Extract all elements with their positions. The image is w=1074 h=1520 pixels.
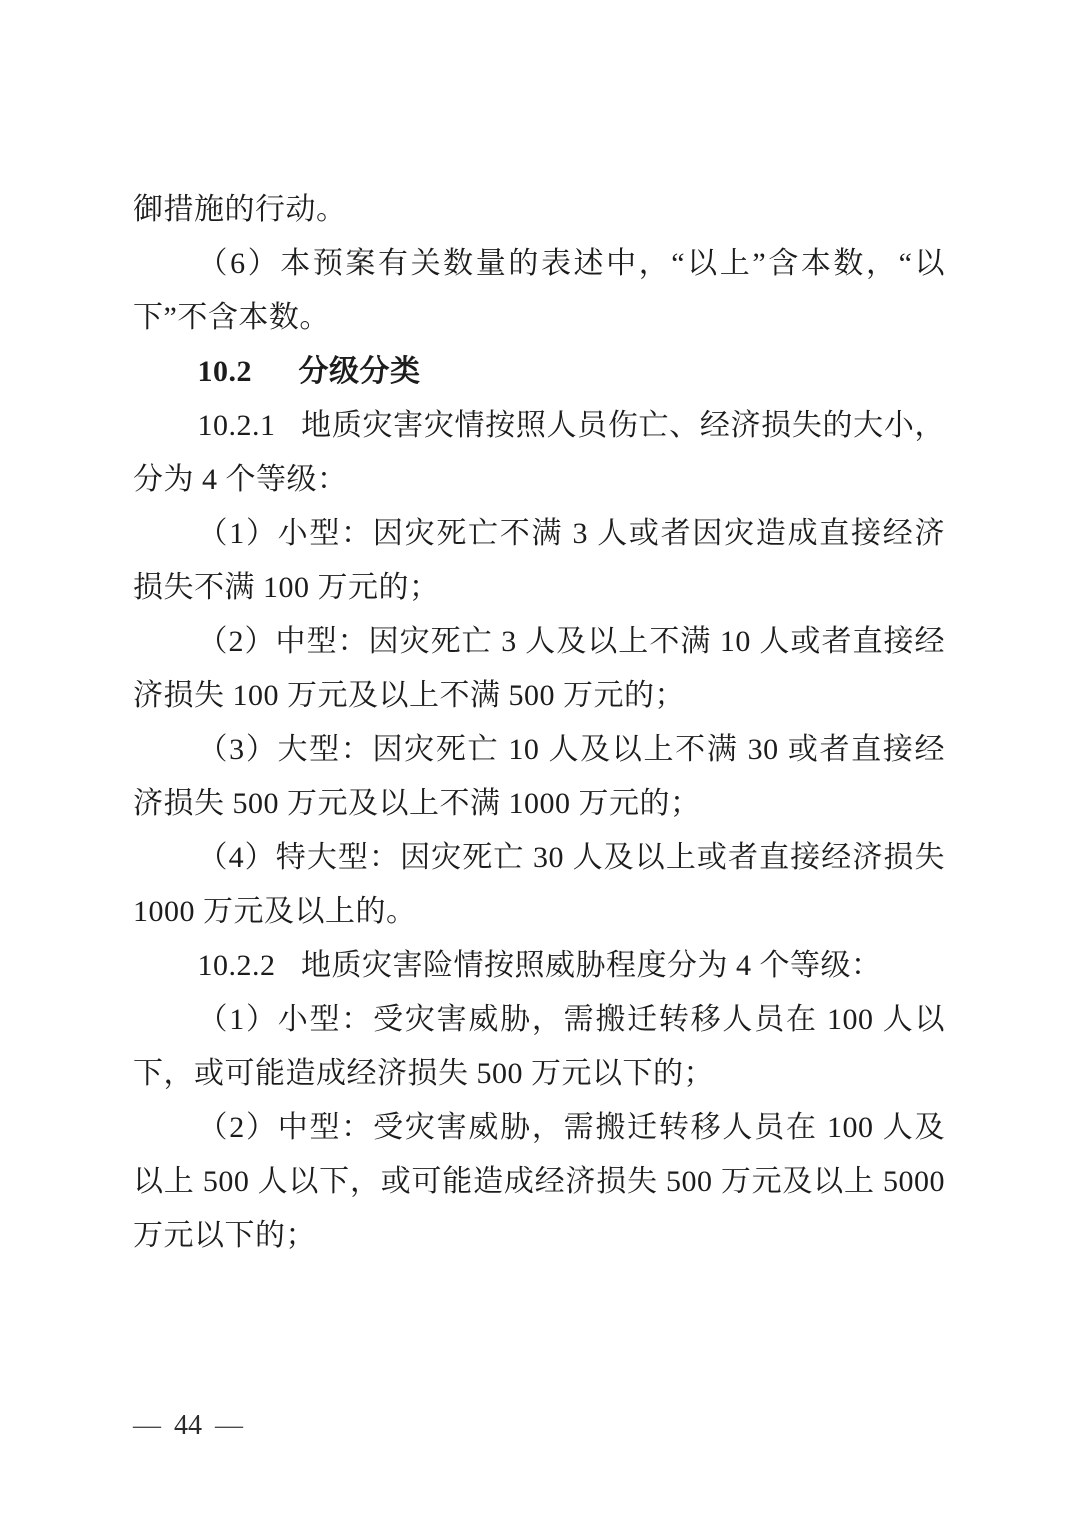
paragraph-continuation: 御措施的行动。 bbox=[133, 183, 945, 237]
clause-number: 10.2.1 bbox=[198, 409, 276, 442]
section-number: 10.2 bbox=[198, 355, 253, 388]
footer-dash-right: — bbox=[215, 1410, 243, 1441]
footer-dash-left: — bbox=[133, 1410, 161, 1441]
page-footer: —44— bbox=[133, 1403, 243, 1449]
page-number: 44 bbox=[174, 1410, 202, 1441]
list-item-risk-1: （1）小型：受灾害威胁，需搬迁转移人员在 100 人以下，或可能造成经济损失 5… bbox=[133, 993, 945, 1101]
list-item-disaster-2: （2）中型：因灾死亡 3 人及以上不满 10 人或者直接经济损失 100 万元及… bbox=[133, 615, 945, 723]
clause-text: 地质灾害险情按照威胁程度分为 4 个等级： bbox=[301, 949, 882, 982]
section-title: 分级分类 bbox=[299, 355, 421, 388]
paragraph-10-2-1: 10.2.1地质灾害灾情按照人员伤亡、经济损失的大小，分为 4 个等级： bbox=[133, 399, 945, 507]
list-item-disaster-4: （4）特大型：因灾死亡 30 人及以上或者直接经济损失 1000 万元及以上的。 bbox=[133, 831, 945, 939]
document-body: 御措施的行动。 （6）本预案有关数量的表述中，“以上”含本数，“以下”不含本数。… bbox=[133, 183, 945, 1263]
list-item-risk-2: （2）中型：受灾害威胁，需搬迁转移人员在 100 人及以上 500 人以下，或可… bbox=[133, 1101, 945, 1263]
paragraph-note-6: （6）本预案有关数量的表述中，“以上”含本数，“以下”不含本数。 bbox=[133, 237, 945, 345]
list-item-disaster-1: （1）小型：因灾死亡不满 3 人或者因灾造成直接经济损失不满 100 万元的； bbox=[133, 507, 945, 615]
section-heading-10-2: 10.2分级分类 bbox=[133, 345, 945, 399]
clause-number: 10.2.2 bbox=[198, 949, 276, 982]
paragraph-10-2-2: 10.2.2地质灾害险情按照威胁程度分为 4 个等级： bbox=[133, 939, 945, 993]
list-item-disaster-3: （3）大型：因灾死亡 10 人及以上不满 30 或者直接经济损失 500 万元及… bbox=[133, 723, 945, 831]
document-page: 御措施的行动。 （6）本预案有关数量的表述中，“以上”含本数，“以下”不含本数。… bbox=[0, 0, 1074, 1520]
